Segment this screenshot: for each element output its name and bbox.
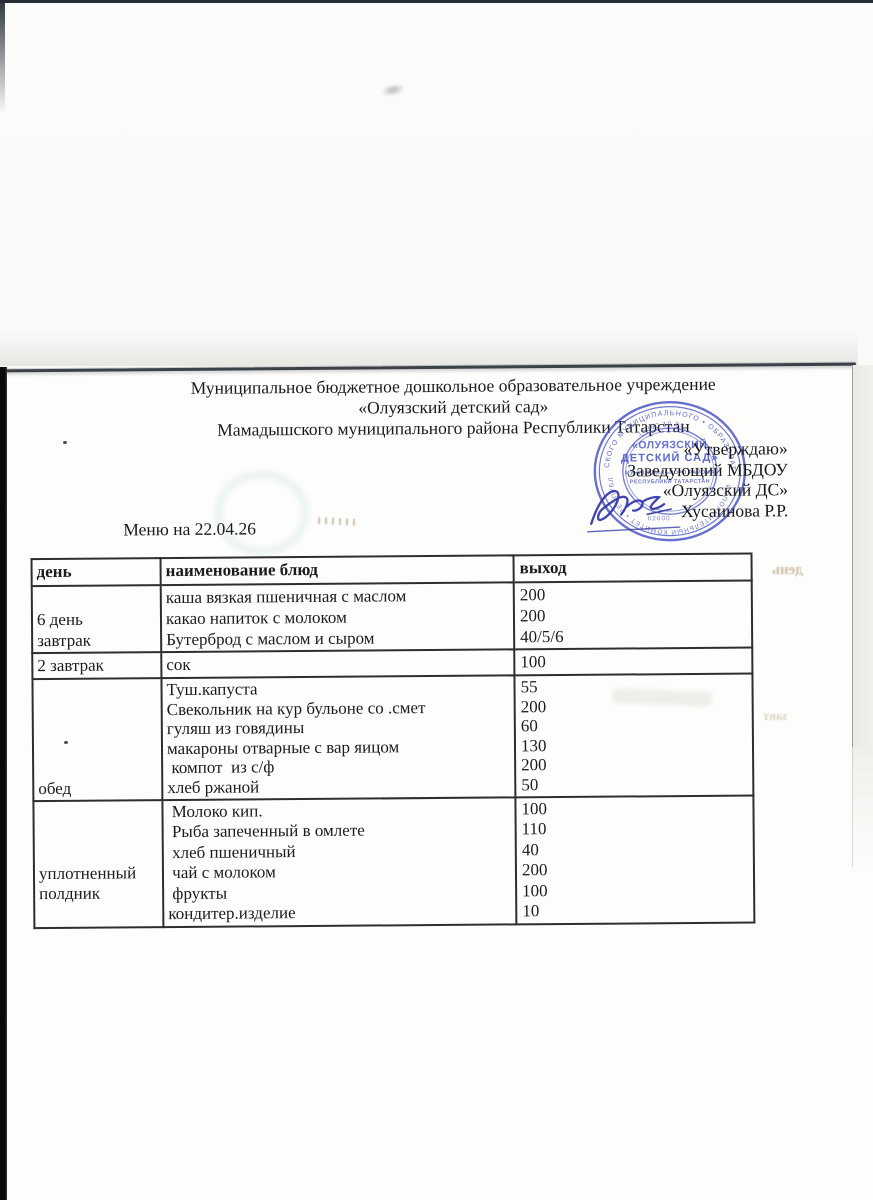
amount-value: 200 (521, 695, 750, 716)
amount-value: 10 (522, 900, 751, 922)
header-dish: наименование блюд (161, 555, 514, 585)
dish-line: хлеб ржаной (167, 775, 512, 797)
amounts-cell: 200 200 40/5/6 (514, 581, 753, 650)
amounts-cell: 100 (514, 648, 752, 676)
dish-line: каша вязкая пшеничная с маслом (166, 584, 511, 608)
amount-value: 200 (522, 859, 751, 881)
amount-value: 200 (520, 604, 749, 627)
day-cell: 2 завтрак (32, 652, 161, 679)
day-cell: обед (32, 678, 162, 801)
dish-line: гуляш из говядины (167, 717, 512, 739)
amount-value: 40 (522, 838, 751, 860)
amount-value: 60 (521, 715, 750, 736)
amount-value: 200 (520, 583, 749, 606)
dish-line: чай с молоком (168, 860, 513, 883)
amounts-cell: 55 200 60 130 200 50 (514, 674, 753, 797)
amount-value: 110 (522, 818, 751, 840)
amount-value: 200 (521, 754, 750, 775)
approval-word: «Утверждаю» (627, 438, 788, 460)
approval-position: Заведующий МБДОУ (627, 459, 788, 481)
scanned-menu-page: день завт Муниципальное бюджетное дошкол… (0, 0, 873, 1200)
document-content: Муниципальное бюджетное дошкольное образ… (0, 0, 873, 1200)
dish-line: компот из с/ф (167, 756, 512, 778)
amount-value: 40/5/6 (520, 625, 749, 648)
dish-line: Молоко кип. (167, 799, 512, 822)
table-row-afternoon-snack: уплотненный полдник Молоко кип. Рыба зап… (33, 795, 754, 928)
day-cell: 6 день завтрак (32, 585, 162, 653)
dish-line: Свекольник на кур бульоне со .смет (167, 697, 512, 719)
day-cell: уплотненный полдник (33, 800, 163, 928)
amount-value: 55 (520, 676, 749, 697)
dishes-cell: Молоко кип. Рыба запеченный в омлете хле… (162, 797, 516, 927)
dish-line: Бутерброд с маслом и сыром (166, 626, 511, 650)
amount-value: 100 (522, 879, 751, 901)
menu-table: день наименование блюд выход 6 день завт… (31, 553, 756, 929)
amount-value: 100 (521, 797, 750, 819)
dish-line: фрукты (168, 881, 513, 904)
dish-line: сок (166, 651, 511, 675)
dish-line: Туш.капуста (166, 677, 511, 699)
signature-underline (587, 527, 680, 532)
director-signature (585, 481, 705, 540)
amount-value: 100 (520, 650, 749, 673)
dish-line: какао напиток с молоком (166, 605, 511, 629)
amount-value: 130 (521, 734, 750, 755)
dish-line: хлеб пшеничный (168, 840, 513, 863)
header-output: выход (513, 554, 751, 583)
amounts-cell: 100 110 40 200 100 10 (515, 795, 754, 924)
table-row-lunch: обед Туш.капуста Свекольник на кур бульо… (32, 674, 753, 801)
dishes-cell: Туш.капуста Свекольник на кур бульоне со… (161, 675, 515, 799)
amount-value: 50 (521, 774, 750, 795)
dishes-cell: каша вязкая пшеничная с маслом какао нап… (161, 582, 515, 652)
table-row-breakfast: 6 день завтрак каша вязкая пшеничная с м… (32, 581, 753, 654)
header-day: день (32, 558, 161, 586)
dish-line: Рыба запеченный в омлете (168, 819, 513, 842)
dishes-cell: сок (161, 649, 514, 678)
dish-line: макароны отварные с вар яицом (167, 736, 512, 758)
menu-title: Меню на 22.04.26 (123, 518, 256, 540)
dish-line: кондитер.изделие (168, 901, 513, 924)
